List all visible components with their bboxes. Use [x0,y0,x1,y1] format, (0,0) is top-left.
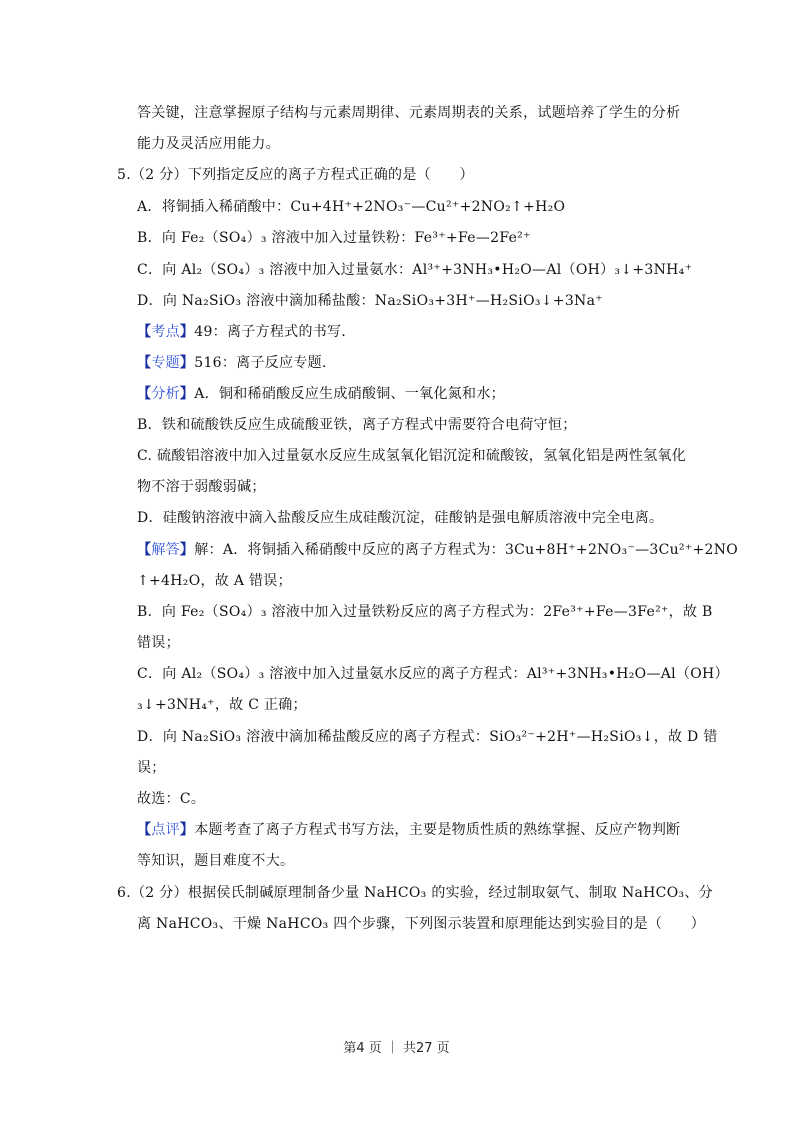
option-a: A．将铜插入稀硝酸中：Cu+4H⁺+2NO₃⁻—Cu²⁺+2NO₂↑+H₂O [137,197,565,217]
fenxi-line: C. 硫酸铝溶液中加入过量氨水反应生成氢氧化铝沉淀和硫酸铵，氢氧化铝是两性氢氧化 [137,446,686,466]
question-6-line-2: 离 NaHCO₃、干燥 NaHCO₃ 四个步骤，下列图示装置和原理能达到实验目的… [137,914,705,934]
jieda-line: 解：A．将铜插入稀硝酸中反应的离子方程式为：3Cu+8H⁺+2NO₃⁻—3Cu²… [194,542,738,558]
question-5-stem: 5.（2 分）下列指定反应的离子方程式正确的是（ ） [117,165,474,185]
jieda-line: ₃↓+3NH₄⁺，故 C 正确； [137,695,307,715]
jieda-tag: 【解答】 [137,542,194,558]
jieda-line: 错误； [137,633,180,653]
option-c: C．向 Al₂（SO₄）₃ 溶液中加入过量氨水：Al³⁺+3NH₃•H₂O—Al… [137,260,692,280]
document-page: 答关键，注意掌握原子结构与元素周期律、元素周期表的关系，试题培养了学生的分析 能… [0,0,793,1122]
fenxi-row: 【分析】A．铜和稀硝酸反应生成硝酸铜、一氧化氮和水； [137,384,505,404]
jieda-line: ↑+4H₂O，故 A 错误； [137,571,292,591]
dianping-line: 等知识，题目难度不大。 [137,851,294,871]
question-6-line-1: 6.（2 分）根据侯氏制碱原理制备少量 NaHCO₃ 的实验，经过制取氨气、制取… [117,883,713,903]
kaodian-row: 【考点】49：离子方程式的书写． [137,322,356,342]
kaodian-tag: 【考点】 [137,324,194,340]
dianping-line: 本题考查了离子方程式书写方法，主要是物质性质的熟练掌握、反应产物判断 [194,822,680,838]
zhuanti-text: 516：离子反应专题． [194,355,336,371]
jieda-row: 【解答】解：A．将铜插入稀硝酸中反应的离子方程式为：3Cu+8H⁺+2NO₃⁻—… [137,540,738,560]
fenxi-tag: 【分析】 [137,386,194,402]
dianping-tag: 【点评】 [137,822,194,838]
kaodian-text: 49：离子方程式的书写． [194,324,355,340]
option-b: B．向 Fe₂（SO₄）₃ 溶液中加入过量铁粉：Fe³⁺+Fe—2Fe²⁺ [137,228,531,248]
option-d: D．向 Na₂SiO₃ 溶液中滴加稀盐酸：Na₂SiO₃+3H⁺—H₂SiO₃↓… [137,291,603,311]
jieda-line: C．向 Al₂（SO₄）₃ 溶液中加入过量氨水反应的离子方程式：Al³⁺+3NH… [137,664,729,684]
jieda-line: 误； [137,758,166,778]
jieda-line: D．向 Na₂SiO₃ 溶液中滴加稀盐酸反应的离子方程式：SiO₃²⁻+2H⁺—… [137,727,718,747]
zhuanti-tag: 【专题】 [137,355,194,371]
fenxi-line: B．铁和硫酸铁反应生成硫酸亚铁，离子方程式中需要符合电荷守恒； [137,415,577,435]
jieda-answer: 故选：C。 [137,789,205,809]
continuation-line-2: 能力及灵活应用能力。 [137,134,280,154]
fenxi-line: D．硅酸钠溶液中滴入盐酸反应生成硅酸沉淀，硅酸钠是强电解质溶液中完全电离。 [137,508,663,528]
zhuanti-row: 【专题】516：离子反应专题． [137,353,336,373]
jieda-line: B．向 Fe₂（SO₄）₃ 溶液中加入过量铁粉反应的离子方程式为：2Fe³⁺+F… [137,602,713,622]
continuation-line-1: 答关键，注意掌握原子结构与元素周期律、元素周期表的关系，试题培养了学生的分析 [137,103,680,123]
page-footer: 第4 页 ｜ 共27 页 [0,1037,793,1056]
dianping-row: 【点评】本题考查了离子方程式书写方法，主要是物质性质的熟练掌握、反应产物判断 [137,820,680,840]
fenxi-line: A．铜和稀硝酸反应生成硝酸铜、一氧化氮和水； [194,386,505,402]
fenxi-line: 物不溶于弱酸弱碱； [137,477,266,497]
